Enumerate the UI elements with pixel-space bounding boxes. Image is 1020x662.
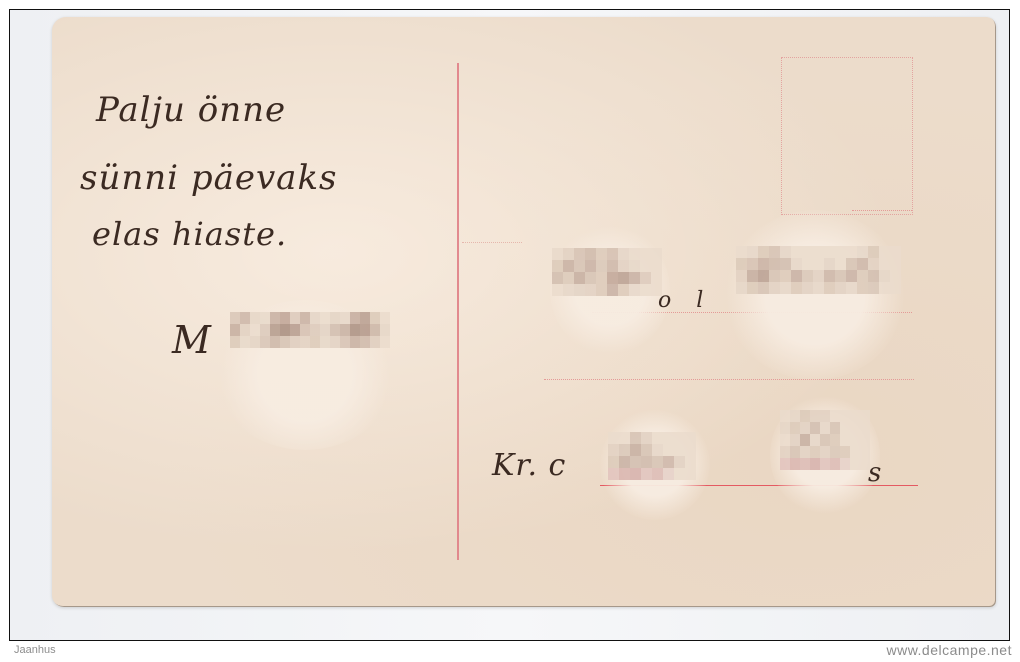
address-1-pixelated-redaction-a [552, 248, 662, 296]
signature-pixelated-redaction [230, 312, 390, 348]
message-line-2: sünni päevaks [80, 158, 338, 198]
address-2-pixelated-redaction-b [780, 410, 870, 470]
watermark-site-url: www.delcampe.net [886, 642, 1012, 658]
message-line-1: Palju önne [96, 90, 286, 130]
message-line-3: elas hiaste. [92, 215, 287, 253]
address-line-2 [544, 379, 914, 380]
address-dotted-line-left [462, 242, 522, 243]
stamp-box-outline [781, 57, 913, 215]
address-1-visible-letters: o l [658, 288, 704, 313]
address-2-visible-prefix: Kr. c [492, 448, 566, 483]
address-2-visible-suffix: s [868, 458, 882, 488]
center-divider-line [457, 63, 459, 560]
address-1-pixelated-redaction-b [736, 246, 901, 294]
watermark-seller: Jaanhus [14, 644, 56, 656]
address-1-blur-b [725, 210, 905, 380]
address-2-pixelated-redaction-a [608, 432, 696, 480]
signature-prefix: M [172, 318, 212, 362]
stamp-box-lower-line [852, 210, 912, 211]
